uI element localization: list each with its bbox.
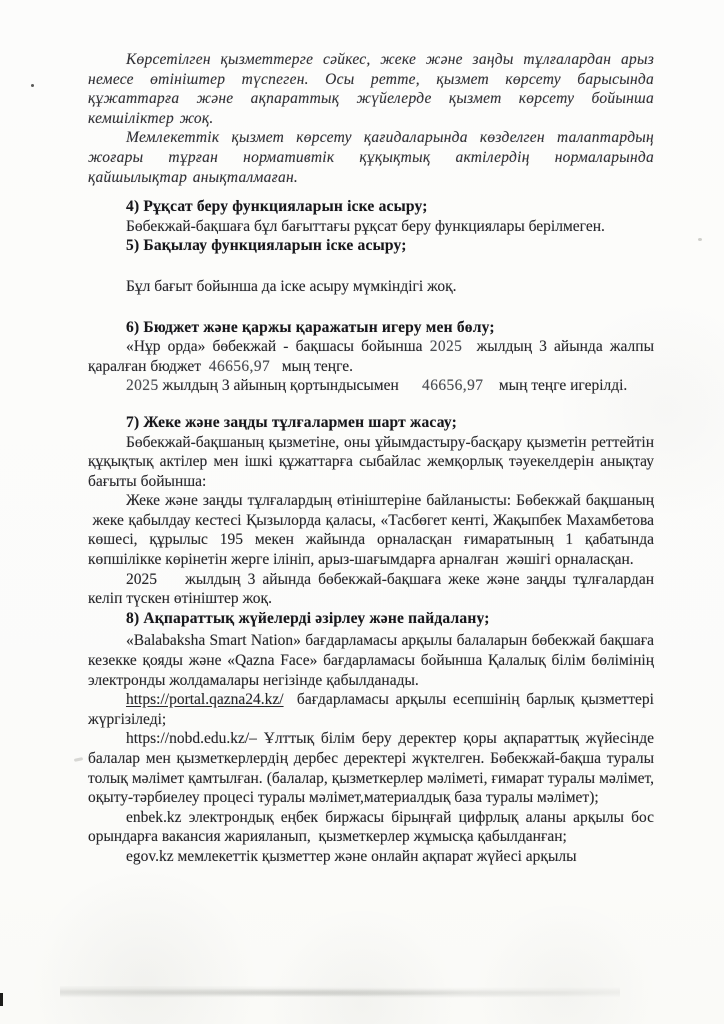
scan-edge-mark-artifact: [0, 993, 3, 1006]
intro-paragraph-1: Көрсетілген қызметтерге сәйкес, жеке жән…: [88, 50, 654, 128]
text-run: Бөбекжай-бақшаға бұл бағыттағы рұқсат бе…: [126, 218, 605, 235]
text-run: жылдың 3 айының қортындысымен: [159, 377, 422, 394]
text-run: Мемлекеттік қызмет көрсету қағидаларында…: [88, 129, 654, 185]
scan-smudge-artifact: [74, 757, 83, 762]
text-run: 6) Бюджет және қаржы қаражатын игеру мен…: [126, 319, 495, 336]
text-run: 46656,97: [209, 358, 270, 375]
section-4-heading: 4) Рұқсат беру функцияларын іске асыру;: [88, 197, 654, 217]
text-run: 46656,97: [422, 377, 483, 394]
section-8-body-1: «Balabaksha Smart Nation» бағдарламасы а…: [88, 631, 654, 690]
url-text: https://portal.qazna24.kz/: [126, 691, 284, 708]
text-run: Бұл бағыт бойынша да іске асыру мүмкінді…: [126, 278, 457, 295]
section-8-body-3: https://nobd.edu.kz/– Ұлттық білім беру …: [88, 729, 654, 807]
text-run: Жеке және заңды тұлғалардың өтініштеріне…: [88, 492, 654, 568]
scan-speck-artifact: [31, 84, 34, 87]
text-run: «Balabaksha Smart Nation» бағдарламасы а…: [88, 632, 654, 688]
section-5-body: Бұл бағыт бойынша да іске асыру мүмкінді…: [88, 277, 654, 297]
text-run: https://nobd.edu.kz/– Ұлттық білім беру …: [88, 730, 654, 806]
text-run: «Нұр орда» бөбекжай - бақшасы бойынша: [126, 338, 430, 355]
text-run: 8) Ақпараттық жүйелерді әзірлеу және пай…: [126, 610, 490, 627]
text-run: 2025: [430, 338, 463, 355]
text-run: egov.kz мемлекеттік қызметтер және онлай…: [126, 848, 577, 865]
section-7-body-1: Бөбекжай-бақшаның қызметіне, оны ұйымдас…: [88, 433, 654, 492]
section-7-body-2: Жеке және заңды тұлғалардың өтініштеріне…: [88, 491, 654, 569]
text-run: 7) Жеке және заңды тұлғалармен шарт жаса…: [126, 414, 457, 431]
text-run: enbek.kz электрондық еңбек биржасы бірың…: [88, 809, 654, 846]
section-8-heading: 8) Ақпараттық жүйелерді әзірлеу және пай…: [88, 609, 654, 629]
text-run: Бөбекжай-бақшаның қызметіне, оны ұйымдас…: [88, 434, 654, 490]
text-run: Көрсетілген қызметтерге сәйкес, жеке жән…: [88, 51, 654, 127]
text-run: 4) Рұқсат беру функцияларын іске асыру;: [126, 198, 428, 215]
section-7-body-3: 2025 жылдың 3 айында бөбекжай-бақшаға же…: [88, 570, 654, 609]
intro-paragraph-2: Мемлекеттік қызмет көрсету қағидаларында…: [88, 128, 654, 187]
section-6-body-1: «Нұр орда» бөбекжай - бақшасы бойынша 20…: [88, 337, 654, 376]
text-run: мың теңге.: [270, 358, 353, 375]
document-text-block: Көрсетілген қызметтерге сәйкес, жеке жән…: [88, 50, 654, 867]
text-run: 2025 жылдың 3 айында бөбекжай-бақшаға же…: [88, 571, 654, 608]
scan-speck-artifact: [698, 238, 702, 241]
section-5-heading: 5) Бақылау функцияларын іске асыру;: [88, 236, 654, 256]
scan-noise-artifact: [60, 986, 620, 1000]
text-run: 2025: [126, 377, 159, 394]
scanned-document-page: Көрсетілген қызметтерге сәйкес, жеке жән…: [0, 0, 724, 1024]
text-run: 5) Бақылау функцияларын іске асыру;: [126, 237, 407, 254]
section-8-body-4: enbek.kz электрондық еңбек биржасы бірың…: [88, 808, 654, 847]
section-8-body-5: egov.kz мемлекеттік қызметтер және онлай…: [88, 847, 654, 867]
text-run: мың теңге игерілді.: [483, 377, 627, 394]
section-8-body-2: https://portal.qazna24.kz/ бағдарламасы …: [88, 690, 654, 729]
section-4-body: Бөбекжай-бақшаға бұл бағыттағы рұқсат бе…: [88, 217, 654, 237]
section-6-body-2: 2025 жылдың 3 айының қортындысымен 46656…: [88, 376, 654, 396]
section-7-heading: 7) Жеке және заңды тұлғалармен шарт жаса…: [88, 413, 654, 433]
section-6-heading: 6) Бюджет және қаржы қаражатын игеру мен…: [88, 318, 654, 338]
